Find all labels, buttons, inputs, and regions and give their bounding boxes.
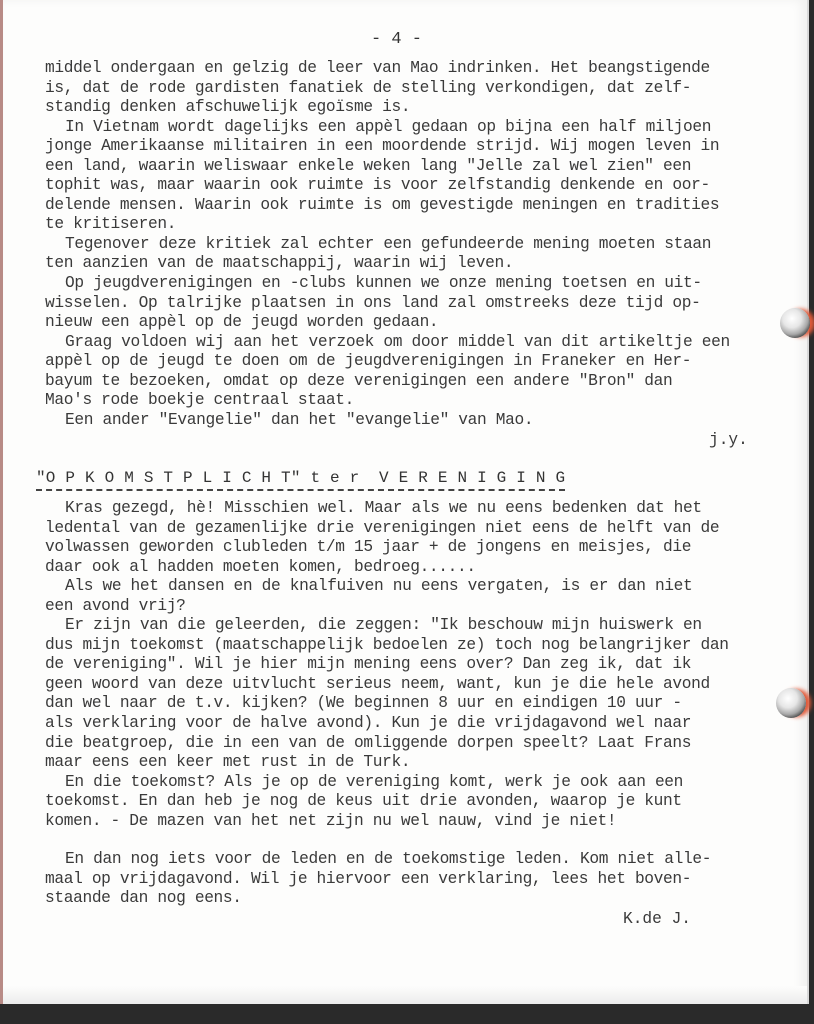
text-line: En dan nog iets voor de leden en de toek… bbox=[45, 850, 785, 870]
text-line: een land, waarin weliswaar enkele weken … bbox=[45, 157, 785, 177]
text-line: In Vietnam wordt dagelijks een appèl ged… bbox=[45, 118, 785, 138]
text-line: Tegenover deze kritiek zal echter een ge… bbox=[45, 235, 785, 255]
text-line: daar ook al hadden moeten komen, bedroeg… bbox=[45, 558, 785, 578]
text-line: dan wel naar de t.v. kijken? (We beginne… bbox=[45, 694, 785, 714]
article-opkomstplicht-body: Kras gezegd, hè! Misschien wel. Maar als… bbox=[45, 499, 785, 831]
article-mao-body: middel ondergaan en gelzig de leer van M… bbox=[45, 59, 785, 430]
signature-kdej: K.de J. bbox=[623, 910, 691, 928]
text-line: volwassen geworden clubleden t/m 15 jaar… bbox=[45, 538, 785, 558]
signature-jy: j.y. bbox=[709, 431, 748, 449]
binder-hole-icon bbox=[780, 308, 810, 338]
text-line: te kritiseren. bbox=[45, 215, 785, 235]
binder-hole-icon bbox=[776, 688, 806, 718]
text-line: een avond vrij? bbox=[45, 597, 785, 617]
text-line: komen. - De mazen van het net zijn nu we… bbox=[45, 812, 785, 832]
article-heading-opkomstplicht: "O P K O M S T P L I C H T" t e r V E R … bbox=[36, 469, 565, 491]
text-line: middel ondergaan en gelzig de leer van M… bbox=[45, 59, 785, 79]
text-line: En die toekomst? Als je op de vereniging… bbox=[45, 773, 785, 793]
text-line: Kras gezegd, hè! Misschien wel. Maar als… bbox=[45, 499, 785, 519]
text-line: maal op vrijdagavond. Wil je hiervoor ee… bbox=[45, 870, 785, 890]
text-line: Mao's rode boekje centraal staat. bbox=[45, 391, 785, 411]
text-line: delende mensen. Waarin ook ruimte is om … bbox=[45, 196, 785, 216]
text-line: dus mijn toekomst (maatschappelijk bedoe… bbox=[45, 636, 785, 656]
text-line: als verklaring voor de halve avond). Kun… bbox=[45, 714, 785, 734]
text-line: die beatgroep, die in een van de omligge… bbox=[45, 734, 785, 754]
article-closing-paragraph: En dan nog iets voor de leden en de toek… bbox=[45, 850, 785, 909]
text-line: jonge Amerikaanse militairen in een moor… bbox=[45, 137, 785, 157]
document-page: - 4 - middel ondergaan en gelzig de leer… bbox=[0, 0, 809, 1004]
text-line: Graag voldoen wij aan het verzoek om doo… bbox=[45, 333, 785, 353]
text-line: toekomst. En dan heb je nog de keus uit … bbox=[45, 792, 785, 812]
text-line: Een ander "Evangelie" dan het "evangelie… bbox=[45, 411, 785, 431]
text-line: ten aanzien van de maatschappij, waarin … bbox=[45, 254, 785, 274]
text-line: bayum te bezoeken, omdat op deze verenig… bbox=[45, 372, 785, 392]
text-line: Als we het dansen en de knalfuiven nu ee… bbox=[45, 577, 785, 597]
text-line: maar eens een keer met rust in de Turk. bbox=[45, 753, 785, 773]
page-number: - 4 - bbox=[371, 30, 422, 49]
text-line: staande dan nog eens. bbox=[45, 889, 785, 909]
text-line: nieuw een appèl op de jeugd worden gedaa… bbox=[45, 313, 785, 333]
text-line: tophit was, maar waarin ook ruimte is vo… bbox=[45, 176, 785, 196]
text-line: geen woord van deze uitvlucht serieus ne… bbox=[45, 675, 785, 695]
text-line: wisselen. Op talrijke plaatsen in ons la… bbox=[45, 294, 785, 314]
text-line: Op jeugdverenigingen en -clubs kunnen we… bbox=[45, 274, 785, 294]
text-line: de vereniging". Wil je hier mijn mening … bbox=[45, 655, 785, 675]
text-line: is, dat de rode gardisten fanatiek de st… bbox=[45, 79, 785, 99]
text-line: Er zijn van die geleerden, die zeggen: "… bbox=[45, 616, 785, 636]
text-line: ledental van de gezamenlijke drie vereni… bbox=[45, 519, 785, 539]
text-line: appèl op de jeugd te doen om de jeugdver… bbox=[45, 352, 785, 372]
text-line: standig denken afschuwelijk egoïsme is. bbox=[45, 98, 785, 118]
